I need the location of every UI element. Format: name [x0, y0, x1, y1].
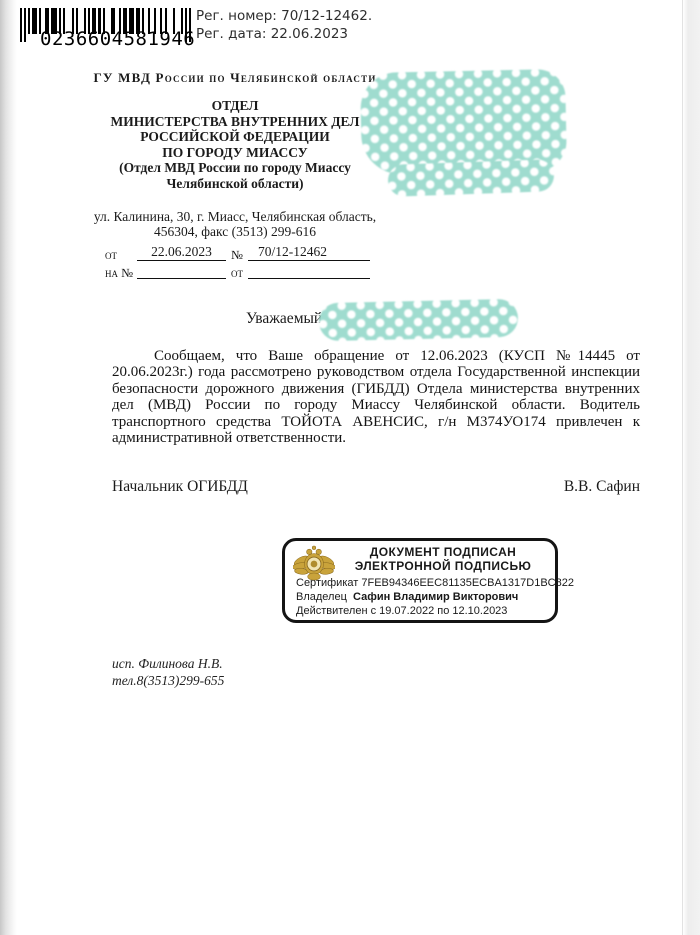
stamp-owner-line: Владелец Сафин Владимир Викторович	[296, 591, 549, 603]
registration-info: Рег. номер: 70/12-12462. Рег. дата: 22.0…	[196, 7, 372, 43]
signer-name: В.В. Сафин	[564, 478, 640, 496]
ref-reply-to-label: на №	[105, 266, 133, 281]
address-line: ул. Калинина, 30, г. Миасс, Челябинская …	[45, 209, 425, 224]
page-edge-right	[682, 0, 700, 935]
parent-org-line: ГУ МВД России по Челябинской области	[45, 70, 425, 86]
ref-date-value: 22.06.2023	[151, 244, 212, 259]
barcode-number: 0236604581946	[40, 28, 195, 50]
ref-reply-date-field	[248, 262, 370, 279]
stamp-title: ДОКУМЕНТ ПОДПИСАН ЭЛЕКТРОННОЙ ПОДПИСЬЮ	[335, 546, 551, 573]
executor-name: исп. Филинова Н.В.	[112, 655, 224, 672]
ref-reply-number-field	[137, 262, 226, 279]
owner-name: Сафин Владимир Викторович	[353, 591, 518, 603]
ref-from-label: от	[105, 248, 117, 263]
page-edge-left	[0, 0, 17, 935]
document-page: 0236604581946 Рег. номер: 70/12-12462. Р…	[0, 0, 700, 935]
reg-date-line: Рег. дата: 22.06.2023	[196, 25, 372, 43]
ref-number-field: 70/12-12462	[248, 244, 370, 261]
ref-number-label: №	[231, 248, 243, 263]
redaction-blob-top-lobe	[387, 159, 554, 197]
address-block: ул. Калинина, 30, г. Миасс, Челябинская …	[45, 209, 425, 239]
salutation-text: Уважаемый	[246, 310, 322, 328]
body-paragraph: Сообщаем, что Ваше обращение от 12.06.20…	[112, 348, 640, 446]
stamp-validity-line: Действителен с 19.07.2022 по 12.10.2023	[296, 605, 549, 617]
org-name-line: (Отдел МВД России по городу Миассу	[45, 160, 425, 176]
esign-stamp: ДОКУМЕНТ ПОДПИСАН ЭЛЕКТРОННОЙ ПОДПИСЬЮ С…	[282, 538, 558, 623]
executor-phone: тел.8(3513)299-655	[112, 672, 224, 689]
executor-block: исп. Филинова Н.В. тел.8(3513)299-655	[112, 655, 224, 689]
reg-number-line: Рег. номер: 70/12-12462.	[196, 7, 372, 25]
signer-position: Начальник ОГИБДД	[112, 478, 248, 496]
org-name-line: Челябинской области)	[45, 176, 425, 192]
certificate-label: Сертификат	[296, 577, 358, 589]
stamp-certificate-line: Сертификат 7FEB94346EEC81135ECBA1317D1BC…	[296, 577, 549, 589]
certificate-value: 7FEB94346EEC81135ECBA1317D1BC822	[361, 577, 574, 589]
ref-date-field: 22.06.2023	[137, 244, 226, 261]
ref-number-value: 70/12-12462	[258, 244, 327, 259]
address-line: 456304, факс (3513) 299-616	[45, 224, 425, 239]
owner-label: Владелец	[296, 591, 347, 603]
ref-reply-from-label: от	[231, 266, 243, 281]
redaction-blob-salutation	[319, 299, 519, 342]
stamp-title-line1: ДОКУМЕНТ ПОДПИСАН	[335, 546, 551, 560]
stamp-title-line2: ЭЛЕКТРОННОЙ ПОДПИСЬЮ	[335, 560, 551, 574]
